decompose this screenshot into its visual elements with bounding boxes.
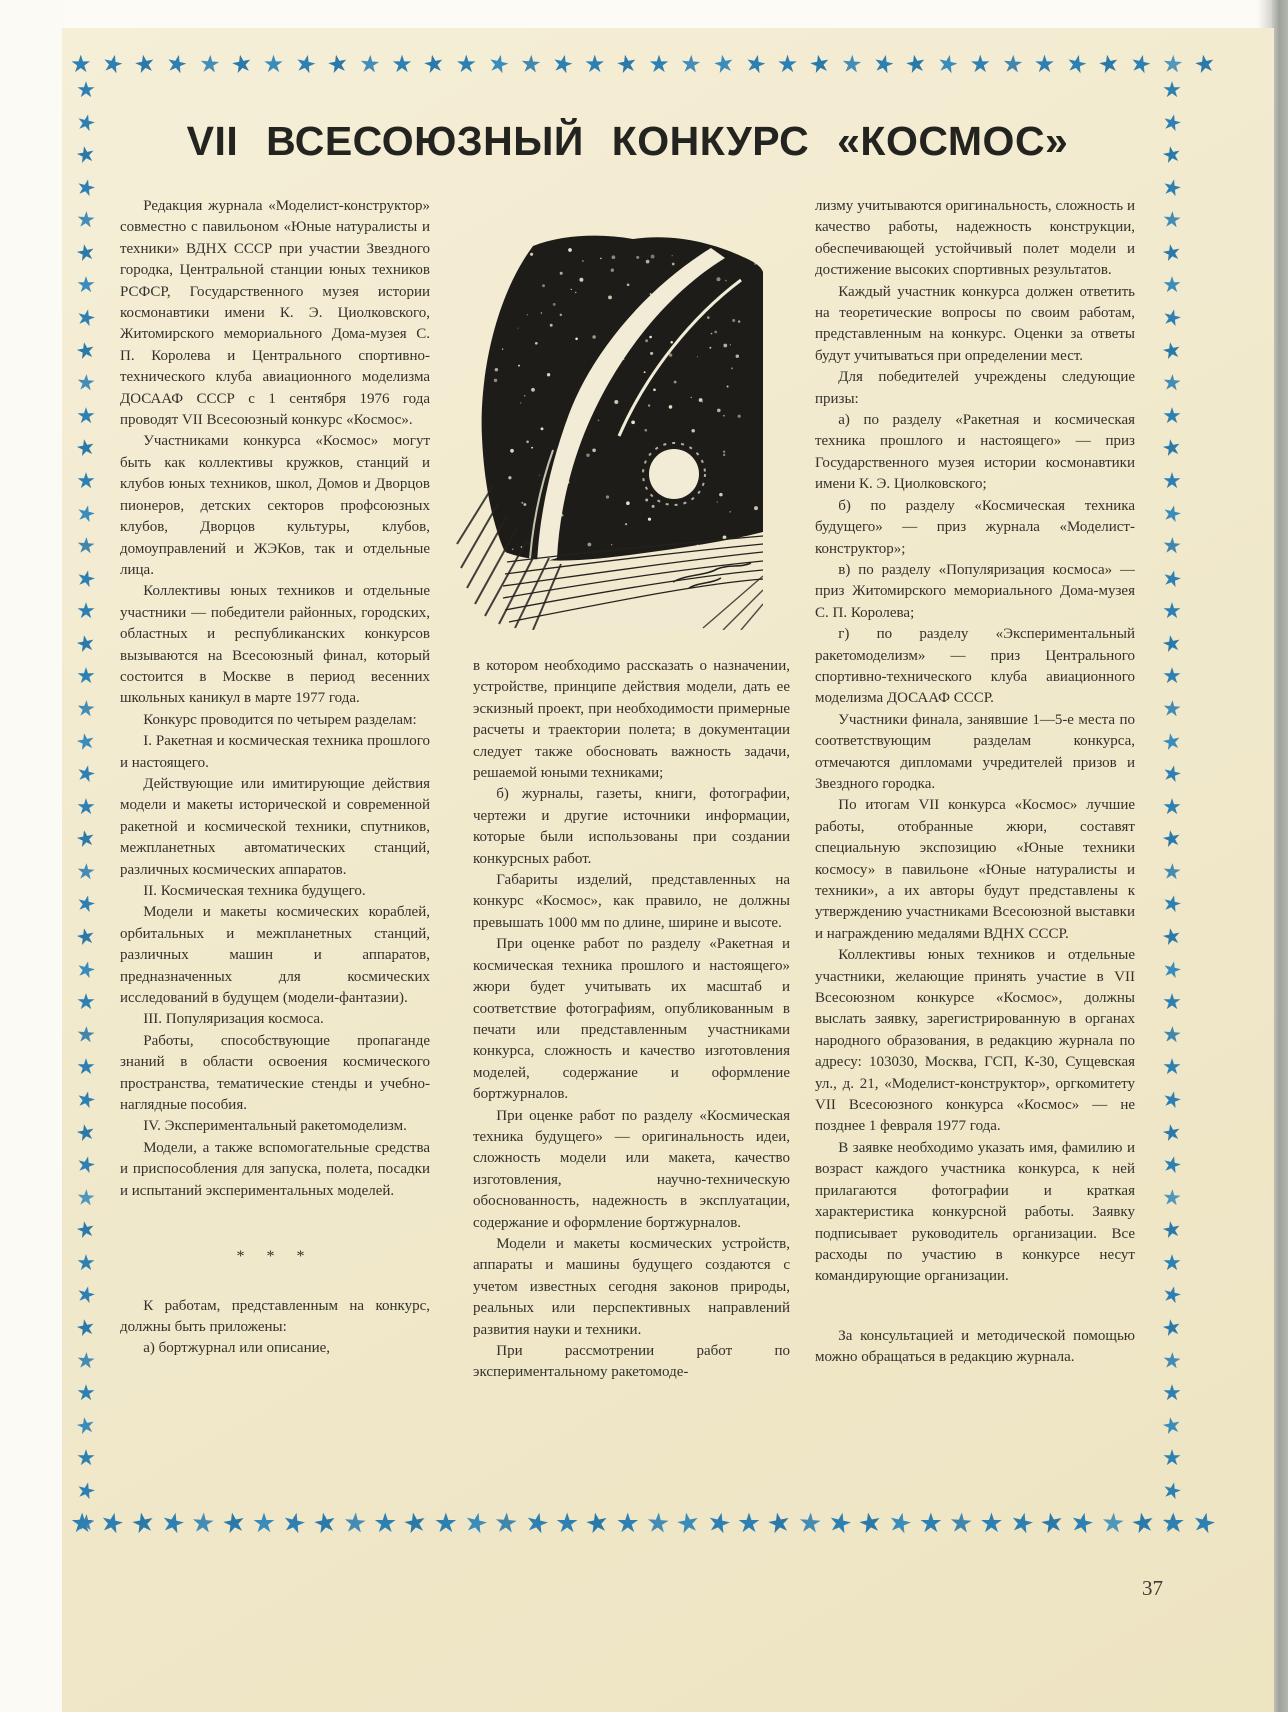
paragraph: За консультацией и методической помощью … (815, 1326, 1135, 1369)
star-icon: ★ (76, 992, 96, 1014)
star-icon: ★ (76, 275, 96, 297)
star-icon: ★ (1162, 1448, 1182, 1470)
star-icon: ★ (74, 1316, 98, 1341)
star-icon: ★ (1160, 632, 1184, 657)
star-icon: ★ (74, 893, 98, 919)
star-icon: ★ (391, 52, 413, 76)
star-icon: ★ (648, 52, 670, 76)
star-icon: ★ (74, 1479, 98, 1505)
star-icon: ★ (75, 698, 96, 721)
star-icon: ★ (456, 52, 478, 76)
star-icon: ★ (522, 1508, 552, 1540)
space-sky (482, 236, 763, 566)
star-icon: ★ (1160, 828, 1184, 853)
star-icon: ★ (342, 1509, 368, 1538)
star-icon: ★ (1160, 306, 1184, 332)
star-icon: ★ (128, 1508, 157, 1539)
star-icon: ★ (1160, 143, 1184, 168)
star-border-left: ★★★★★★★★★★★★★★★★★★★★★★★★★★★★★★★★★★★★★★★★… (72, 80, 100, 1536)
paragraph: Работы, способствующие пропаганде знаний… (120, 1031, 430, 1117)
star-icon: ★ (75, 210, 96, 233)
star-icon: ★ (856, 1508, 885, 1539)
star-icon: ★ (1063, 50, 1089, 78)
star-icon: ★ (75, 373, 96, 396)
star-icon: ★ (70, 52, 92, 76)
star-icon: ★ (1038, 1508, 1067, 1539)
star-icon: ★ (292, 50, 318, 78)
section-separator: * * * (120, 1246, 430, 1267)
star-icon: ★ (1161, 1024, 1182, 1047)
star-icon: ★ (74, 339, 98, 364)
paragraph: III. Популяризация космоса. (120, 1009, 430, 1030)
star-icon: ★ (1128, 50, 1154, 78)
paragraph: II. Космическая техника будущего. (120, 881, 430, 902)
text-column-3: лизму учитываются оригинальность, сложно… (815, 196, 1135, 1486)
paragraph: I. Ракетная и космическая техника прошло… (120, 731, 430, 774)
star-icon: ★ (198, 51, 221, 76)
star-icon: ★ (1160, 762, 1184, 788)
star-icon: ★ (74, 925, 98, 950)
paragraph: IV. Экспериментальный ракетомоделизм. (120, 1116, 430, 1137)
star-icon: ★ (549, 50, 575, 78)
star-icon: ★ (1161, 1187, 1182, 1210)
star-icon: ★ (1160, 1219, 1184, 1244)
star-icon: ★ (75, 1350, 96, 1373)
article-body: Редакция журнала «Моделист-конструктор» … (120, 196, 1135, 1486)
star-icon: ★ (1162, 992, 1182, 1014)
star-icon: ★ (74, 1219, 98, 1244)
star-icon: ★ (74, 306, 98, 332)
paragraph: Для победителей учреждены следующие приз… (815, 367, 1135, 410)
star-icon: ★ (76, 471, 96, 493)
text-column-1: Редакция журнала «Моделист-конструктор» … (120, 196, 430, 1486)
star-icon: ★ (1161, 861, 1182, 884)
star-icon: ★ (680, 51, 703, 76)
star-icon: ★ (100, 50, 126, 78)
star-icon: ★ (903, 50, 929, 78)
star-icon: ★ (807, 50, 833, 78)
star-icon: ★ (75, 1024, 96, 1047)
star-icon: ★ (164, 50, 190, 78)
star-icon: ★ (461, 1508, 491, 1540)
paragraph: Коллективы юных техников и отдельные уча… (815, 945, 1135, 1138)
star-icon: ★ (74, 762, 98, 788)
paragraph: К работам, представленным на конкурс, до… (120, 1296, 430, 1339)
star-icon: ★ (1162, 666, 1182, 688)
star-icon: ★ (519, 51, 542, 76)
star-icon: ★ (74, 730, 98, 755)
page-number: 37 (1142, 1576, 1163, 1601)
star-icon: ★ (614, 50, 640, 78)
paragraph: в котором необходимо рассказать о назнач… (473, 656, 790, 784)
star-icon: ★ (742, 50, 768, 78)
star-icon: ★ (1160, 502, 1184, 528)
star-icon: ★ (919, 1510, 943, 1537)
star-icon: ★ (645, 1509, 671, 1538)
star-icon: ★ (1160, 111, 1184, 137)
star-border-bottom: ★★★★★★★★★★★★★★★★★★★★★★★★★★★★★★★★★★★★★★ (70, 1510, 1216, 1537)
paragraph: лизму учитываются оригинальность, сложно… (815, 196, 1135, 282)
star-icon: ★ (74, 176, 98, 202)
star-border-right: ★★★★★★★★★★★★★★★★★★★★★★★★★★★★★★★★★★★★★★★★… (1158, 80, 1186, 1536)
star-icon: ★ (1160, 1283, 1184, 1309)
star-icon: ★ (1160, 176, 1184, 202)
star-icon: ★ (76, 1057, 96, 1079)
star-icon: ★ (825, 1508, 855, 1540)
paragraph: Конкурс проводится по четырем разделам: (120, 710, 430, 731)
star-icon: ★ (74, 567, 98, 593)
star-icon: ★ (1007, 1508, 1037, 1540)
sun-disc (649, 449, 699, 499)
star-icon: ★ (1160, 1153, 1184, 1179)
star-icon: ★ (1160, 925, 1184, 950)
paragraph: По итогам VII конкурса «Космос» лучшие р… (815, 795, 1135, 945)
star-icon: ★ (132, 50, 158, 78)
star-icon: ★ (1161, 51, 1184, 76)
star-icon: ★ (1162, 1253, 1182, 1275)
star-icon: ★ (74, 632, 98, 657)
star-icon: ★ (74, 111, 98, 137)
star-icon: ★ (74, 1088, 98, 1114)
star-icon: ★ (1161, 373, 1182, 396)
star-icon: ★ (74, 828, 98, 853)
star-icon: ★ (1161, 1350, 1182, 1373)
star-icon: ★ (1162, 1383, 1182, 1405)
scan-gutter (1272, 0, 1288, 1712)
paragraph: Модели и макеты космических устройств, а… (473, 1234, 790, 1341)
star-icon: ★ (493, 1509, 519, 1538)
star-icon: ★ (674, 1508, 703, 1539)
star-icon: ★ (76, 1448, 96, 1470)
star-icon: ★ (1129, 1508, 1158, 1539)
paragraph: Редакция журнала «Моделист-конструктор» … (120, 196, 430, 431)
star-icon: ★ (1162, 406, 1182, 428)
star-icon: ★ (979, 1510, 1003, 1537)
star-icon: ★ (74, 241, 98, 266)
paragraph: в) по разделу «Популяризация космоса» — … (815, 560, 1135, 624)
paragraph: Каждый участник конкурса должен ответить… (815, 282, 1135, 368)
star-icon: ★ (584, 52, 606, 76)
star-icon: ★ (1161, 535, 1182, 558)
star-icon: ★ (704, 1508, 734, 1540)
star-icon: ★ (75, 535, 96, 558)
star-border-top: ★★★★★★★★★★★★★★★★★★★★★★★★★★★★★★★★★★★★ (70, 52, 1216, 76)
star-icon: ★ (1161, 698, 1182, 721)
star-icon: ★ (75, 1187, 96, 1210)
star-icon: ★ (229, 50, 255, 78)
paragraph: Участники финала, занявшие 1—5-е места п… (815, 710, 1135, 796)
star-icon: ★ (1068, 1508, 1098, 1540)
star-icon: ★ (935, 50, 961, 78)
star-icon: ★ (1160, 958, 1184, 984)
star-icon: ★ (710, 50, 736, 78)
paragraph: В заявке необходимо указать имя, фамилию… (815, 1138, 1135, 1288)
star-icon: ★ (74, 1121, 98, 1146)
star-icon: ★ (76, 666, 96, 688)
star-icon: ★ (1162, 275, 1182, 297)
star-icon: ★ (777, 52, 799, 76)
paragraph: Коллективы юных техников и отдельные уча… (120, 581, 430, 709)
paragraph: г) по разделу «Экспериментальный ракетом… (815, 624, 1135, 710)
star-icon: ★ (1160, 730, 1184, 755)
star-icon: ★ (74, 1153, 98, 1179)
paragraph: б) по разделу «Космическая техника будущ… (815, 496, 1135, 560)
star-icon: ★ (765, 1508, 794, 1539)
star-icon: ★ (1160, 339, 1184, 364)
star-icon: ★ (1162, 797, 1182, 819)
star-icon: ★ (158, 1508, 188, 1540)
paragraph: Габариты изделий, представленных на конк… (473, 870, 790, 934)
star-icon: ★ (373, 1510, 397, 1537)
paragraph: Участниками конкурса «Космос» могут быть… (120, 431, 430, 581)
paragraph: а) по разделу «Ракетная и космическая те… (815, 410, 1135, 496)
star-icon: ★ (358, 51, 381, 76)
star-icon: ★ (74, 502, 98, 528)
star-icon: ★ (98, 1508, 128, 1540)
star-icon: ★ (421, 50, 447, 78)
star-icon: ★ (616, 1510, 640, 1537)
star-icon: ★ (74, 1414, 98, 1439)
text-column-2-paragraphs: в котором необходимо рассказать о назнач… (473, 656, 790, 1384)
article-title: VII ВСЕСОЮЗНЫЙ КОНКУРС «КОСМОС» (120, 118, 1135, 165)
star-icon: ★ (1001, 51, 1024, 76)
star-icon: ★ (583, 1508, 612, 1539)
star-icon: ★ (76, 601, 96, 623)
star-icon: ★ (74, 958, 98, 984)
star-icon: ★ (1161, 1510, 1185, 1537)
paragraph: а) бортжурнал или описание, (120, 1338, 430, 1359)
star-icon: ★ (840, 51, 863, 76)
magazine-page: ★★★★★★★★★★★★★★★★★★★★★★★★★★★★★★★★★★★★ ★★★… (62, 28, 1274, 1712)
star-icon: ★ (1160, 1088, 1184, 1114)
star-icon: ★ (279, 1508, 309, 1540)
star-icon: ★ (1160, 893, 1184, 919)
paragraph: При рассмотрении работ по эксперименталь… (473, 1341, 790, 1384)
star-icon: ★ (1160, 1479, 1184, 1505)
paragraph: Модели и макеты космических кораблей, ор… (120, 902, 430, 1009)
star-icon: ★ (1161, 210, 1182, 233)
star-icon: ★ (74, 143, 98, 168)
star-icon: ★ (1162, 80, 1182, 102)
star-icon: ★ (1160, 1121, 1184, 1146)
star-icon: ★ (1160, 437, 1184, 462)
paragraph: Действующие или имитирующие действия мод… (120, 774, 430, 881)
star-icon: ★ (74, 437, 98, 462)
paragraph: При оценке работ по разделу «Ракетная и … (473, 934, 790, 1105)
text-column-2: в котором необходимо рассказать о назнач… (473, 196, 790, 1486)
star-icon: ★ (70, 1510, 94, 1537)
star-icon: ★ (1100, 1509, 1126, 1538)
star-icon: ★ (1160, 241, 1184, 266)
star-icon: ★ (797, 1509, 823, 1538)
star-icon: ★ (555, 1510, 579, 1537)
star-icon: ★ (252, 1510, 276, 1537)
star-icon: ★ (76, 1383, 96, 1405)
star-icon: ★ (1162, 1057, 1182, 1079)
star-icon: ★ (75, 861, 96, 884)
star-icon: ★ (74, 1283, 98, 1309)
scan-edge-left (0, 0, 64, 1712)
star-icon: ★ (871, 50, 897, 78)
star-icon: ★ (1034, 52, 1056, 76)
star-icon: ★ (76, 80, 96, 102)
star-icon: ★ (219, 1508, 248, 1539)
star-icon: ★ (1189, 1508, 1219, 1540)
space-illustration (441, 232, 763, 630)
star-icon: ★ (948, 1509, 974, 1538)
star-icon: ★ (190, 1509, 216, 1538)
star-icon: ★ (1160, 567, 1184, 593)
star-icon: ★ (76, 406, 96, 428)
paragraph: При оценке работ по разделу «Космическая… (473, 1106, 790, 1234)
star-icon: ★ (401, 1508, 430, 1539)
star-icon: ★ (485, 50, 511, 78)
star-icon: ★ (1160, 1316, 1184, 1341)
paragraph: б) журналы, газеты, книги, фотографии, ч… (473, 784, 790, 870)
star-icon: ★ (886, 1508, 916, 1540)
star-icon: ★ (970, 52, 992, 76)
star-icon: ★ (1160, 1414, 1184, 1439)
star-icon: ★ (1192, 50, 1218, 78)
star-icon: ★ (76, 1253, 96, 1275)
scan-edge-top (0, 0, 1288, 28)
star-icon: ★ (1162, 471, 1182, 493)
star-icon: ★ (1096, 50, 1122, 78)
star-icon: ★ (1162, 601, 1182, 623)
star-icon: ★ (76, 797, 96, 819)
star-icon: ★ (325, 50, 351, 78)
paragraph: Модели, а также вспомогательные средства… (120, 1138, 430, 1202)
star-icon: ★ (737, 1510, 761, 1537)
star-icon: ★ (310, 1508, 339, 1539)
star-icon: ★ (434, 1510, 458, 1537)
star-icon: ★ (263, 52, 285, 76)
